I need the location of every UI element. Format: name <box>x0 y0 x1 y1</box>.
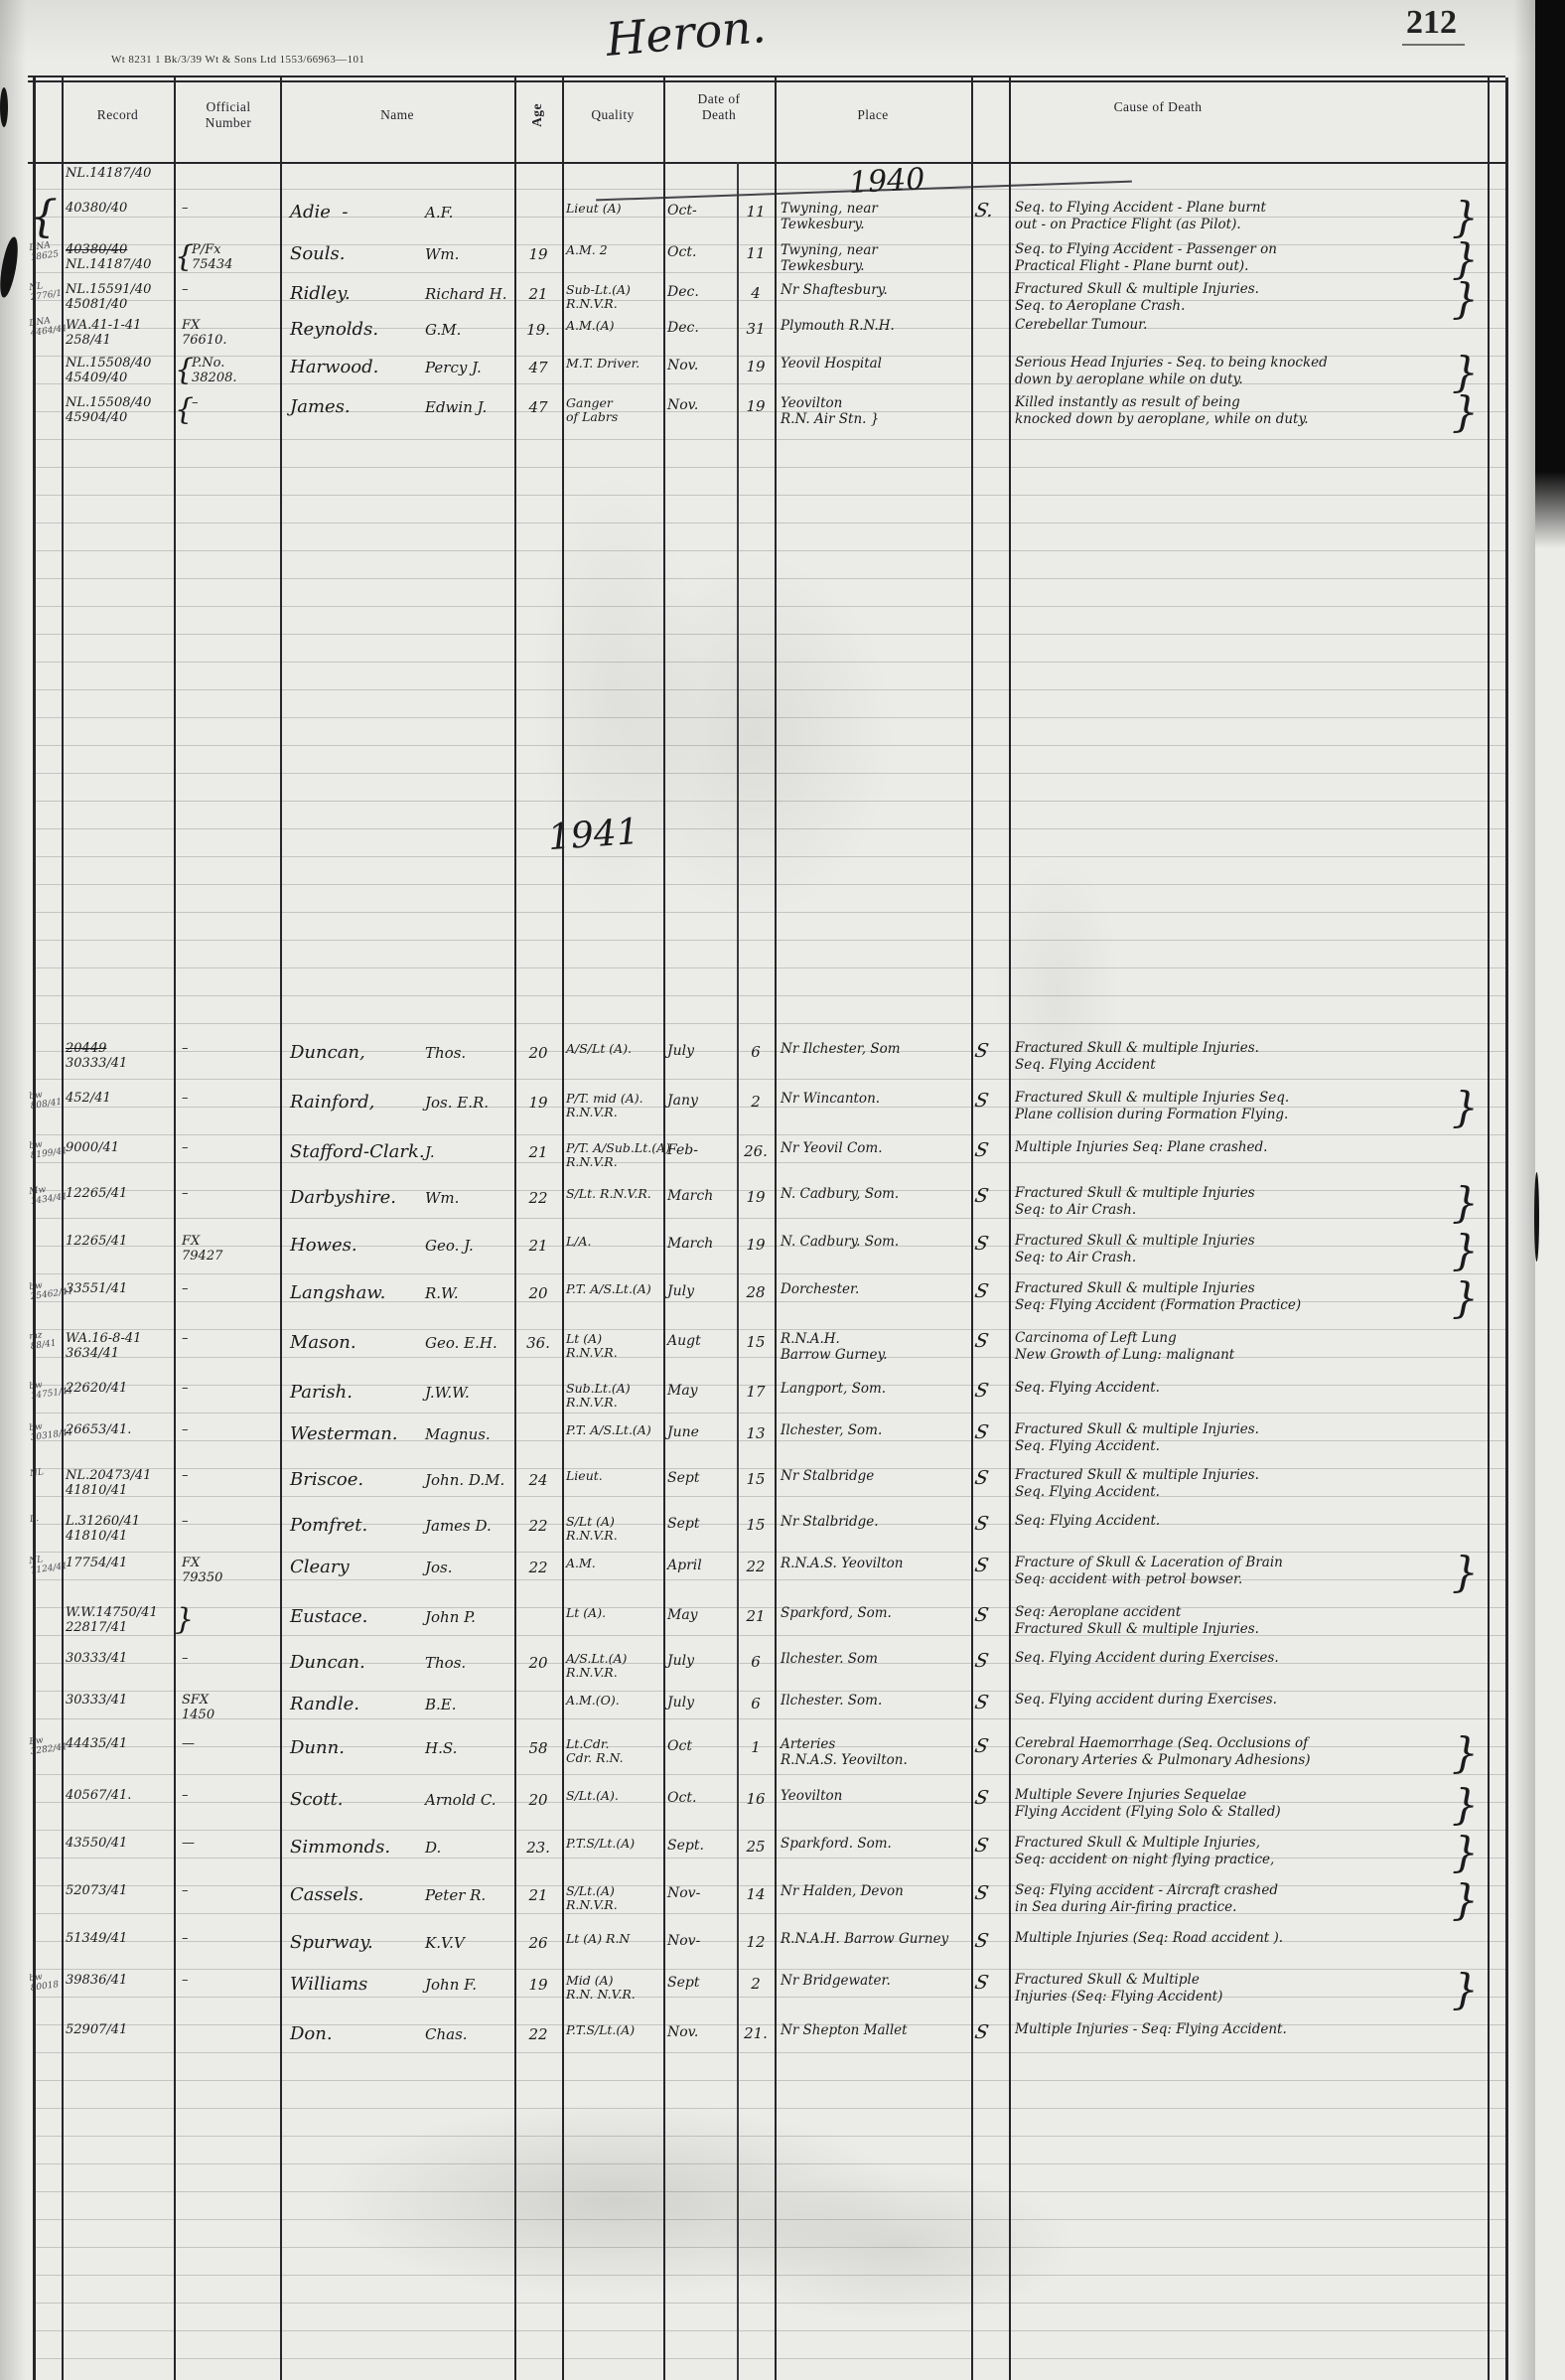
forename: Geo. J. <box>425 1237 474 1255</box>
forename: D. <box>425 1839 441 1857</box>
death-day: 13 <box>739 1424 773 1442</box>
quality: P.T. A/S.Lt.(A) <box>566 1281 651 1296</box>
death-month: Oct. <box>667 244 696 260</box>
column-header-date: Date of Death <box>689 91 749 123</box>
summary-mark: S <box>973 1604 991 1626</box>
cause-brace: } <box>1452 1780 1479 1829</box>
death-month: July <box>667 1695 694 1711</box>
age-value: 20 <box>516 1284 560 1302</box>
cause-of-death: out - on Practice Flight (as Pilot). <box>1015 217 1241 232</box>
official-number: – <box>182 1973 189 1988</box>
summary-mark: S <box>973 1692 991 1713</box>
table-row: NL.15508/4045904/40{–James.Edwin J.47Gan… <box>0 392 1565 434</box>
official-number: – <box>182 1331 189 1346</box>
official-number: – <box>182 1883 189 1898</box>
forename: Arnold C. <box>425 1791 497 1809</box>
death-month: Oct <box>667 1738 692 1754</box>
summary-mark: S <box>973 1650 991 1672</box>
record-note: NL.14187/40 <box>66 166 151 181</box>
cause-of-death: Fracture of Skull & Laceration of Brain <box>1015 1555 1283 1570</box>
forename: Wm. <box>425 1189 459 1207</box>
column-header-quality: Quality <box>562 107 663 123</box>
forename: R.W. <box>425 1284 459 1302</box>
death-month: Sept <box>667 1516 699 1532</box>
cause-of-death: Multiple Severe Injuries Sequelae <box>1015 1787 1246 1803</box>
death-day: 26. <box>739 1142 773 1160</box>
forename: Edwin J. <box>425 398 487 416</box>
column-rule <box>1009 77 1011 2380</box>
form-imprint: Wt 8231 1 Bk/3/39 Wt & Sons Ltd 1553/669… <box>111 54 364 66</box>
quality: Cdr. R.N. <box>566 1750 624 1765</box>
cause-of-death: Practical Flight - Plane burnt out). <box>1015 258 1248 274</box>
summary-mark: S <box>973 1421 991 1443</box>
surname: Eustace. <box>290 1606 367 1627</box>
column-header-official: Official Number <box>184 99 273 131</box>
official-number: 75434 <box>192 257 232 272</box>
place: Nr Ilchester, Som <box>781 1041 901 1057</box>
official-number: — <box>182 1836 195 1851</box>
gutter-mark-upper <box>0 87 8 127</box>
death-day: 19 <box>739 1188 773 1206</box>
summary-mark: S <box>973 1280 991 1302</box>
column-rule <box>971 77 973 2380</box>
surname: Ridley. <box>290 283 351 304</box>
place: Barrow Gurney. <box>781 1347 888 1363</box>
cause-brace: } <box>1452 1875 1479 1924</box>
table-row: 52073/41–Cassels.Peter R.21S/Lt.(A)R.N.V… <box>0 1880 1565 1928</box>
register-page: Heron. 212 Wt 8231 1 Bk/3/39 Wt & Sons L… <box>0 0 1565 2380</box>
year-marker: 1940 <box>848 162 925 201</box>
table-row: 43550/41—Simmonds.D.23.P.T.S/Lt.(A)Sept.… <box>0 1833 1565 1880</box>
official-number: P.No. <box>192 356 224 371</box>
quality: Mid (A) <box>566 1973 614 1988</box>
cause-of-death: Coronary Arteries & Pulmonary Adhesions) <box>1015 1752 1311 1768</box>
surname: Cassels. <box>290 1884 363 1905</box>
death-month: Nov. <box>667 358 698 373</box>
summary-mark: S <box>973 1330 991 1352</box>
table-row: DNA 1862540380/40NL.14187/40{P/Fx75434So… <box>0 239 1565 279</box>
table-row: bw 8001839836/41–WilliamsJohn F.19Mid (A… <box>0 1970 1565 2019</box>
age-value: 58 <box>516 1739 560 1757</box>
surname: Briscoe. <box>290 1469 363 1490</box>
forename: H.S. <box>425 1739 457 1757</box>
record-number: 9000/41 <box>66 1140 119 1155</box>
official-number: 76610. <box>182 333 227 348</box>
death-month: Oct. <box>667 1790 696 1806</box>
surname: Parish. <box>290 1382 353 1403</box>
date-separator-rule <box>737 162 739 2380</box>
table-row: 40567/41.–Scott.Arnold C.20S/Lt.(A).Oct.… <box>0 1785 1565 1833</box>
death-day: 6 <box>739 1653 773 1671</box>
cause-of-death: Seq. Flying Accident. <box>1015 1484 1160 1500</box>
place: Arteries <box>781 1736 835 1752</box>
record-number: 43550/41 <box>66 1836 127 1851</box>
forename: Jos. E.R. <box>425 1094 489 1112</box>
death-day: 1 <box>739 1738 773 1756</box>
forename: Thos. <box>425 1654 466 1672</box>
quality: P/T. A/Sub.Lt.(A) <box>566 1140 670 1155</box>
cause-of-death: Seq. Flying Accident. <box>1015 1380 1160 1396</box>
age-value: 21 <box>516 285 560 303</box>
age-value: 21 <box>516 1143 560 1161</box>
forename: Chas. <box>425 2025 468 2043</box>
official-number: – <box>182 282 189 297</box>
table-row: NL 7124/4117754/41FX79350ClearyJos.22A.M… <box>0 1553 1565 1602</box>
official-number: 79350 <box>182 1570 222 1585</box>
cause-of-death: Seq. to Aeroplane Crash. <box>1015 298 1185 314</box>
summary-mark: S <box>973 1139 991 1161</box>
table-row: NLNL.20473/4141810/41–Briscoe.John. D.M.… <box>0 1465 1565 1511</box>
surname: Westerman. <box>290 1423 398 1444</box>
cause-brace: } <box>1452 1548 1479 1596</box>
table-row: mz 88/41WA.16-8-413634/41–Mason.Geo. E.H… <box>0 1328 1565 1378</box>
official-number: FX <box>182 318 200 333</box>
death-month: May <box>667 1383 698 1399</box>
death-month: Feb- <box>667 1142 698 1158</box>
quality: R.N.V.R. <box>566 1105 618 1119</box>
official-number: 79427 <box>182 1249 222 1264</box>
place: Twyning, near <box>781 242 878 258</box>
summary-mark: S <box>973 1555 991 1576</box>
record-number: 41810/41 <box>66 1483 127 1498</box>
summary-mark: S <box>973 1930 991 1952</box>
quality: Lt (A) R.N <box>566 1931 630 1946</box>
age-value: 19 <box>516 1976 560 1994</box>
cause-of-death: in Sea during Air-firing practice. <box>1015 1899 1236 1915</box>
record-number: 3634/41 <box>66 1346 119 1361</box>
cause-of-death: Flying Accident (Flying Solo & Stalled) <box>1015 1804 1281 1820</box>
forename: Jos. <box>425 1559 453 1576</box>
death-day: 21 <box>739 1607 773 1625</box>
quality: Lt.Cdr. <box>566 1736 609 1751</box>
summary-mark: S <box>973 1972 991 1994</box>
record-number: 39836/41 <box>66 1973 127 1988</box>
record-number: 26653/41. <box>66 1422 131 1437</box>
quality: R.N.V.R. <box>566 1395 618 1410</box>
cause-of-death: Fractured Skull & multiple Injuries <box>1015 1185 1255 1201</box>
age-value: 36. <box>516 1334 560 1352</box>
place: Langport, Som. <box>781 1381 886 1397</box>
forename: John F. <box>425 1976 477 1994</box>
death-day: 31 <box>739 320 773 338</box>
scan-black-band <box>1535 0 1565 548</box>
quality: L/A. <box>566 1234 592 1249</box>
official-brace: } <box>175 1602 194 1637</box>
age-value: 20 <box>516 1044 560 1062</box>
record-number: 30333/41 <box>66 1693 127 1708</box>
death-month: Nov- <box>667 1885 700 1901</box>
quality: R.N.V.R. <box>566 1897 618 1912</box>
place: R.N.A.S. Yeovilton <box>781 1556 903 1571</box>
surname: Don. <box>290 2023 333 2044</box>
cause-of-death: Multiple Injuries - Seq: Flying Accident… <box>1015 2021 1287 2037</box>
place: N. Cadbury. Som. <box>781 1234 899 1250</box>
record-number: 30333/41 <box>66 1056 127 1071</box>
column-rule <box>33 77 36 2380</box>
place: Dorchester. <box>781 1281 859 1297</box>
column-rule <box>1505 77 1508 2380</box>
table-row: 51349/41–Spurway.K.V.V26Lt (A) R.NNov-12… <box>0 1928 1565 1970</box>
place: Sparkford, Som. <box>781 1605 892 1621</box>
table-row: L.L.31260/4141810/41–Pomfret.James D.22S… <box>0 1511 1565 1553</box>
quality: S/Lt.(A) <box>566 1883 615 1898</box>
year-marker: 1941 <box>547 812 640 858</box>
cause-brace: } <box>1452 1083 1479 1131</box>
surname: Mason. <box>290 1332 356 1353</box>
table-top-rule-2 <box>28 80 1505 82</box>
record-number: 45081/40 <box>66 297 127 312</box>
official-number: – <box>182 1931 189 1946</box>
record-number: 52907/41 <box>66 2022 127 2037</box>
table-row: bw 14751/4122620/41–Parish.J.W.W.Sub.Lt.… <box>0 1378 1565 1419</box>
cause-of-death: Seq: to Air Crash. <box>1015 1202 1136 1218</box>
table-row: Mw 1434/4112265/41–Darbyshire.Wm.22S/Lt.… <box>0 1183 1565 1231</box>
cause-of-death: Seq: Flying Accident (Formation Practice… <box>1015 1297 1301 1313</box>
surname: Adie - <box>290 202 348 223</box>
death-day: 21. <box>739 2024 773 2042</box>
age-value: 22 <box>516 2025 560 2043</box>
forename: K.V.V <box>425 1934 465 1952</box>
forename: A.F. <box>425 204 453 222</box>
age-value: 24 <box>516 1471 560 1489</box>
place: Ilchester. Som <box>781 1651 878 1667</box>
place: Twyning, near <box>781 201 878 217</box>
column-rule <box>514 77 516 2380</box>
place: Yeovilton <box>781 1788 842 1804</box>
age-value: 47 <box>516 359 560 376</box>
official-number: SFX <box>182 1693 209 1708</box>
table-row: Bw 3282/4144435/41—Dunn.H.S.58Lt.Cdr.Cdr… <box>0 1733 1565 1785</box>
surname: Reynolds. <box>290 319 378 340</box>
place: Nr Shaftesbury. <box>781 282 888 298</box>
page-number: 212 <box>1402 4 1465 46</box>
age-value: 19 <box>516 1094 560 1112</box>
official-number: FX <box>182 1234 200 1249</box>
record-number: 40567/41. <box>66 1788 131 1803</box>
cause-brace: } <box>1452 387 1479 436</box>
death-day: 11 <box>739 244 773 262</box>
column-header-record: Record <box>62 107 174 123</box>
official-number: P/Fx <box>192 242 220 257</box>
table-row: bw 808/41452/41–Rainford,Jos. E.R.19P/T.… <box>0 1088 1565 1137</box>
surname: James. <box>290 396 351 417</box>
quality: Lieut (A) <box>566 201 622 216</box>
place: Tewkesbury. <box>781 258 865 274</box>
place: Plymouth R.N.H. <box>781 318 895 334</box>
column-header-cause: Cause of Death <box>1009 99 1307 115</box>
forename: G.M. <box>425 321 461 339</box>
quality: P.T.S/Lt.(A) <box>566 1836 635 1851</box>
quality: A.M.(O). <box>566 1693 620 1708</box>
quality: Lieut. <box>566 1468 603 1483</box>
cause-of-death: Plane collision during Formation Flying. <box>1015 1107 1288 1122</box>
summary-mark: S <box>973 1882 991 1904</box>
death-month: Sept <box>667 1470 699 1486</box>
quality: S/Lt.(A). <box>566 1788 619 1803</box>
column-rule <box>174 77 176 2380</box>
age-value: 21 <box>516 1237 560 1255</box>
surname: Dunn. <box>290 1737 345 1758</box>
place: Ilchester. Som. <box>781 1693 882 1709</box>
table-row: bw 8199/419000/41–Stafford-Clark.J.21P/T… <box>0 1137 1565 1183</box>
death-month: July <box>667 1653 694 1669</box>
surname: Souls. <box>290 243 345 264</box>
quality: Ganger <box>566 395 613 410</box>
cause-of-death: Fractured Skull & multiple Injuries <box>1015 1233 1255 1249</box>
place: Nr Shepton Mallet <box>781 2022 908 2038</box>
forename: J.W.W. <box>425 1384 470 1402</box>
death-day: 2 <box>739 1975 773 1993</box>
record-number: 40380/40 <box>66 242 127 257</box>
forename: Richard H. <box>425 285 507 303</box>
age-value: 22 <box>516 1189 560 1207</box>
forename: Geo. E.H. <box>425 1334 498 1352</box>
table-row: 30333/41–Duncan.Thos.20A/S.Lt.(A)R.N.V.R… <box>0 1648 1565 1690</box>
death-month: Jany <box>667 1093 698 1109</box>
official-number: – <box>182 1651 189 1666</box>
quality: R.N.V.R. <box>566 1154 618 1169</box>
cause-of-death: Fractured Skull & multiple Injuries <box>1015 1280 1255 1296</box>
cause-of-death: Serious Head Injuries - Seq. to being kn… <box>1015 355 1328 371</box>
place: R.N. Air Stn. } <box>781 411 879 427</box>
cause-of-death: Seq: Flying accident - Aircraft crashed <box>1015 1882 1278 1898</box>
surname: Howes. <box>290 1235 357 1256</box>
death-day: 15 <box>739 1333 773 1351</box>
record-number: WA.16-8-41 <box>66 1331 141 1346</box>
official-number: – <box>182 1468 189 1483</box>
surname: Williams <box>290 1974 367 1995</box>
cause-of-death: Fractured Skull & multiple Injuries. <box>1015 281 1259 297</box>
death-month: July <box>667 1043 694 1059</box>
record-number: 12265/41 <box>66 1234 127 1249</box>
record-number: 30333/41 <box>66 1651 127 1666</box>
table-row: NL 2776/1NL.15591/4045081/40–Ridley.Rich… <box>0 279 1565 315</box>
death-month: Augt <box>667 1333 701 1349</box>
quality: A.M. <box>566 1556 596 1570</box>
death-day: 19 <box>739 1236 773 1254</box>
cause-of-death: Seq. Flying Accident <box>1015 1057 1156 1073</box>
cause-of-death: Fractured Skull & multiple Injuries. <box>1015 1467 1259 1483</box>
death-month: Oct- <box>667 203 697 219</box>
place: Nr Yeovil Com. <box>781 1140 883 1156</box>
record-number: 41810/41 <box>66 1529 127 1544</box>
age-value: 47 <box>516 398 560 416</box>
death-month: Sept. <box>667 1838 704 1854</box>
place: R.N.A.S. Yeovilton. <box>781 1752 908 1768</box>
surname: Harwood. <box>290 357 378 377</box>
quality: P.T. A/S.Lt.(A) <box>566 1422 651 1437</box>
quality: S/Lt. R.N.V.R. <box>566 1186 651 1201</box>
record-number: 12265/41 <box>66 1186 127 1201</box>
place: Nr Stalbridge <box>781 1468 874 1484</box>
official-number: – <box>182 1422 189 1437</box>
death-month: Nov. <box>667 2024 698 2040</box>
cause-of-death: Multiple Injuries Seq: Plane crashed. <box>1015 1139 1267 1155</box>
record-number: L.31260/41 <box>66 1514 140 1529</box>
forename: B.E. <box>425 1696 457 1713</box>
column-header-name: Name <box>280 107 514 123</box>
forename: Percy J. <box>425 359 482 376</box>
surname: Darbyshire. <box>290 1187 396 1208</box>
death-day: 2 <box>739 1093 773 1111</box>
cause-of-death: Seq. to Flying Accident - Plane burnt <box>1015 200 1266 216</box>
cause-brace: } <box>1452 1226 1479 1274</box>
quality: S/Lt (A) <box>566 1514 615 1529</box>
surname: Duncan, <box>290 1042 365 1063</box>
quality: R.N. N.V.R. <box>566 1987 636 2002</box>
table-row: NL.15508/4045409/40{P.No.38208.Harwood.P… <box>0 353 1565 392</box>
summary-mark: S <box>973 1467 991 1489</box>
quality: Lt (A) <box>566 1331 602 1346</box>
death-month: Nov- <box>667 1933 700 1949</box>
surname: Cleary <box>290 1557 350 1577</box>
official-number: – <box>182 1091 189 1106</box>
death-day: 28 <box>739 1283 773 1301</box>
surname: Stafford-Clark. <box>290 1141 425 1162</box>
place: Nr Stalbridge. <box>781 1514 879 1530</box>
cause-of-death: Seq: accident with petrol bowser. <box>1015 1571 1242 1587</box>
cause-of-death: knocked down by aeroplane, while on duty… <box>1015 411 1309 427</box>
cause-of-death: Seq: accident on night flying practice, <box>1015 1852 1274 1867</box>
official-number: – <box>182 1281 189 1296</box>
record-number: NL.20473/41 <box>66 1468 151 1483</box>
record-number: 452/41 <box>66 1091 111 1106</box>
summary-mark: S <box>973 1185 991 1207</box>
place: Nr Halden, Devon <box>781 1883 904 1899</box>
column-rule <box>562 77 564 2380</box>
surname: Randle. <box>290 1694 359 1714</box>
record-number: 33551/41 <box>66 1281 127 1296</box>
summary-mark: S. <box>973 200 996 222</box>
official-number: — <box>182 1736 195 1751</box>
cause-brace: } <box>1452 1728 1479 1777</box>
death-month: March <box>667 1236 713 1252</box>
age-value: 26 <box>516 1934 560 1952</box>
forename: Thos. <box>425 1044 466 1062</box>
cause-of-death: Injuries (Seq: Flying Accident) <box>1015 1989 1222 2005</box>
official-number: – <box>182 1186 189 1201</box>
column-header-place: Place <box>775 107 971 123</box>
summary-mark: S <box>973 1735 991 1757</box>
place: N. Cadbury, Som. <box>781 1186 899 1202</box>
official-number: 1450 <box>182 1708 214 1722</box>
record-number: 20449 <box>66 1041 106 1056</box>
forename: James D. <box>425 1517 492 1535</box>
forename: Magnus. <box>425 1425 491 1443</box>
death-day: 16 <box>739 1790 773 1808</box>
age-value: 23. <box>516 1839 560 1857</box>
record-number: NL.15508/40 <box>66 356 151 371</box>
place: R.N.A.H. Barrow Gurney <box>781 1931 948 1947</box>
record-number: 258/41 <box>66 333 111 348</box>
official-number: – <box>182 1381 189 1396</box>
record-number: 44435/41 <box>66 1736 127 1751</box>
death-day: 15 <box>739 1470 773 1488</box>
quality: M.T. Driver. <box>566 356 640 371</box>
death-day: 6 <box>739 1043 773 1061</box>
record-number: 51349/41 <box>66 1931 127 1946</box>
forename: J. <box>425 1143 435 1161</box>
record-number: WA.41-1-41 <box>66 318 141 333</box>
quality: A/S.Lt.(A) <box>566 1651 627 1666</box>
place: R.N.A.H. <box>781 1331 840 1347</box>
cause-of-death: Fractured Skull & Multiple Injuries, <box>1015 1835 1260 1851</box>
age-value: 20 <box>516 1654 560 1672</box>
cause-of-death: Seq. to Flying Accident - Passenger on <box>1015 241 1277 257</box>
official-number: – <box>192 395 199 410</box>
cause-brace: } <box>1452 1965 1479 2013</box>
cause-of-death: Multiple Injuries (Seq: Road accident ). <box>1015 1930 1283 1946</box>
